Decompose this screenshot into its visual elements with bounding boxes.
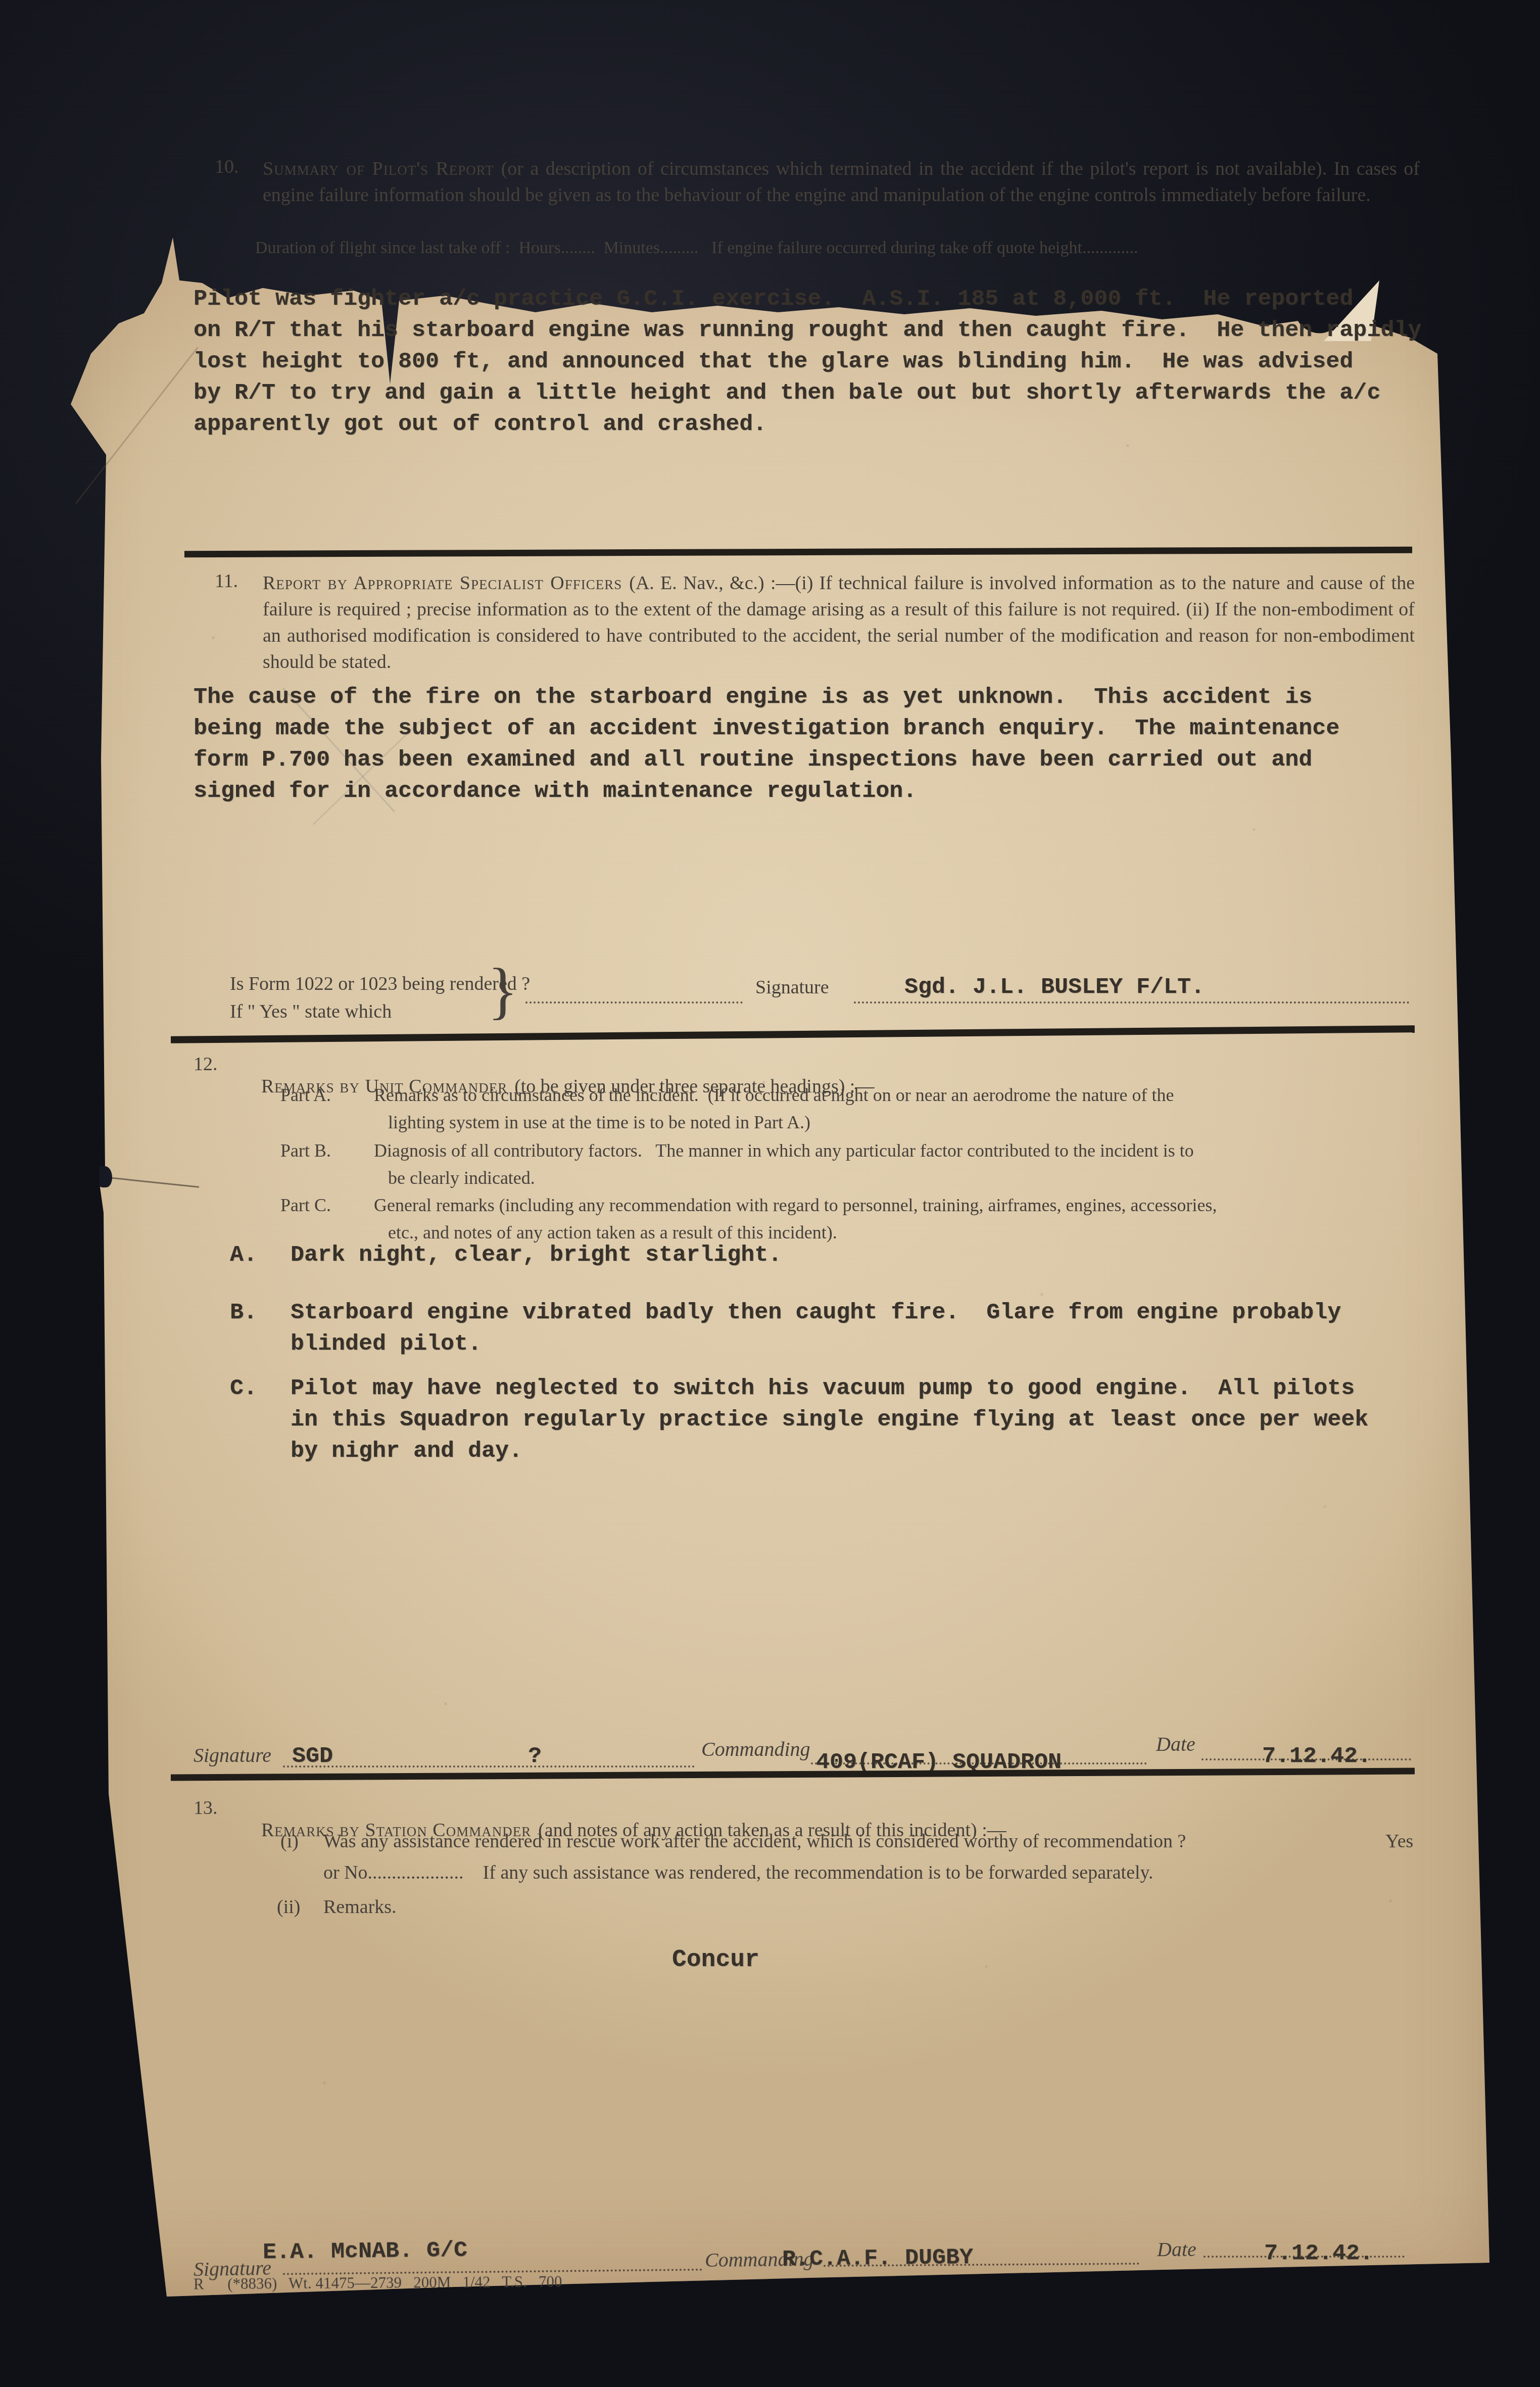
scanned-accident-report: { "page": { "background_color": "#14151c…	[0, 0, 1540, 2387]
part-a-label: Part A.	[280, 1084, 331, 1106]
dotted-leader	[525, 1001, 743, 1004]
item-ii-label: (ii)	[277, 1896, 300, 1918]
remark-a-line1: Dark night, clear, bright starlight.	[291, 1239, 782, 1271]
item-i-line1: Was any assistance rendered in rescue wo…	[323, 1830, 1186, 1852]
paper-speckles	[0, 0, 2, 2]
section10-title: Summary of Pilot's Report	[263, 158, 494, 179]
specialist-typed-line: being made the subject of an accident in…	[194, 712, 1339, 744]
section12-number: 12.	[194, 1053, 218, 1075]
pilot-report-typed-line: on R/T that his starboard engine was run…	[194, 314, 1421, 346]
unit-signature-typed: SGD	[292, 1740, 333, 1772]
part-c-line1: General remarks (including any recommend…	[374, 1195, 1217, 1216]
part-b-line1: Diagnosis of all contributory factors. T…	[374, 1140, 1194, 1161]
section10-number: 10.	[215, 156, 239, 178]
item-i-yes: Yes	[1385, 1830, 1413, 1852]
remark-c-line1: Pilot may have neglected to switch his v…	[291, 1372, 1355, 1404]
pilot-signature-typed: Sgd. J.L. BUSLEY F/LT.	[904, 971, 1205, 1003]
specialist-typed-line: The cause of the fire on the starboard e…	[194, 681, 1312, 713]
pilot-report-typed-line: Pilot was fighter a/c practice G.C.I. ex…	[194, 283, 1353, 315]
unit-signature-query: ?	[528, 1740, 542, 1772]
part-a-line1: Remarks as to circumstances of the incid…	[374, 1084, 1174, 1106]
unit-date-typed: 7.12.42.	[1262, 1740, 1371, 1772]
printer-imprint: R (*8836) Wt. 41475—2739 200M 1/42 T.S. …	[194, 2272, 562, 2293]
form-query-line2: If " Yes " state which	[230, 1000, 392, 1023]
station-date-typed: 7.12.42.	[1264, 2237, 1373, 2269]
station-signature-typed: E.A. McNAB. G/C	[263, 2234, 468, 2268]
pilot-report-typed-line: lost height to 800 ft, and announced tha…	[194, 346, 1353, 377]
signature-label: Signature	[755, 976, 829, 998]
item-i-label: (i)	[280, 1830, 299, 1852]
remark-b-line1: Starboard engine vibrated badly then cau…	[291, 1297, 1341, 1328]
part-c-label: Part C.	[280, 1195, 331, 1216]
part-b-label: Part B.	[280, 1140, 331, 1161]
pilot-report-typed-line: apparently got out of control and crashe…	[194, 408, 766, 440]
section11-title: Report by Appropriate Specialist Officer…	[263, 572, 622, 594]
remark-c-line2: in this Squadron regularly practice sing…	[291, 1404, 1368, 1436]
duration-of-flight-line: Duration of flight since last take off :…	[255, 238, 1138, 258]
date-label: Date	[1156, 1732, 1195, 1756]
part-b-line2: be clearly indicated.	[388, 1167, 535, 1188]
station-commanding-typed: R.C.A.F. DUGBY	[782, 2241, 974, 2275]
remark-b-line2: blinded pilot.	[291, 1328, 482, 1360]
section13-number: 13.	[194, 1797, 218, 1819]
section11-instructions: Report by Appropriate Specialist Officer…	[263, 570, 1415, 675]
section10-instructions: Summary of Pilot's Report(or a descripti…	[263, 156, 1420, 208]
edge-tear-notch	[99, 1166, 112, 1187]
part-a-line2: lighting system in use at the time is to…	[388, 1112, 810, 1133]
signature-label: Signature	[194, 1743, 271, 1767]
item-i-line2: or No.................... If any such as…	[323, 1861, 1153, 1884]
dotted-leader	[283, 1765, 695, 1768]
form-query-brace: }	[488, 955, 518, 1027]
pilot-report-typed-line: by R/T to try and gain a little height a…	[194, 377, 1380, 409]
form-query-line1: Is Form 1022 or 1023 being rendered ?	[230, 973, 530, 995]
remark-b-label: B.	[230, 1297, 257, 1328]
concur-typed: Concur	[672, 1944, 759, 1976]
date-label: Date	[1157, 2237, 1196, 2261]
remark-c-line3: by nighr and day.	[291, 1435, 522, 1467]
section11-number: 11.	[215, 570, 238, 592]
item-ii-text: Remarks.	[323, 1896, 397, 1918]
specialist-typed-line: form P.700 has been examined and all rou…	[194, 744, 1312, 776]
remark-a-label: A.	[230, 1239, 257, 1271]
commanding-label: Commanding	[701, 1737, 810, 1761]
remark-c-label: C.	[230, 1372, 257, 1404]
specialist-typed-line: signed for in accordance with maintenanc…	[194, 775, 917, 807]
